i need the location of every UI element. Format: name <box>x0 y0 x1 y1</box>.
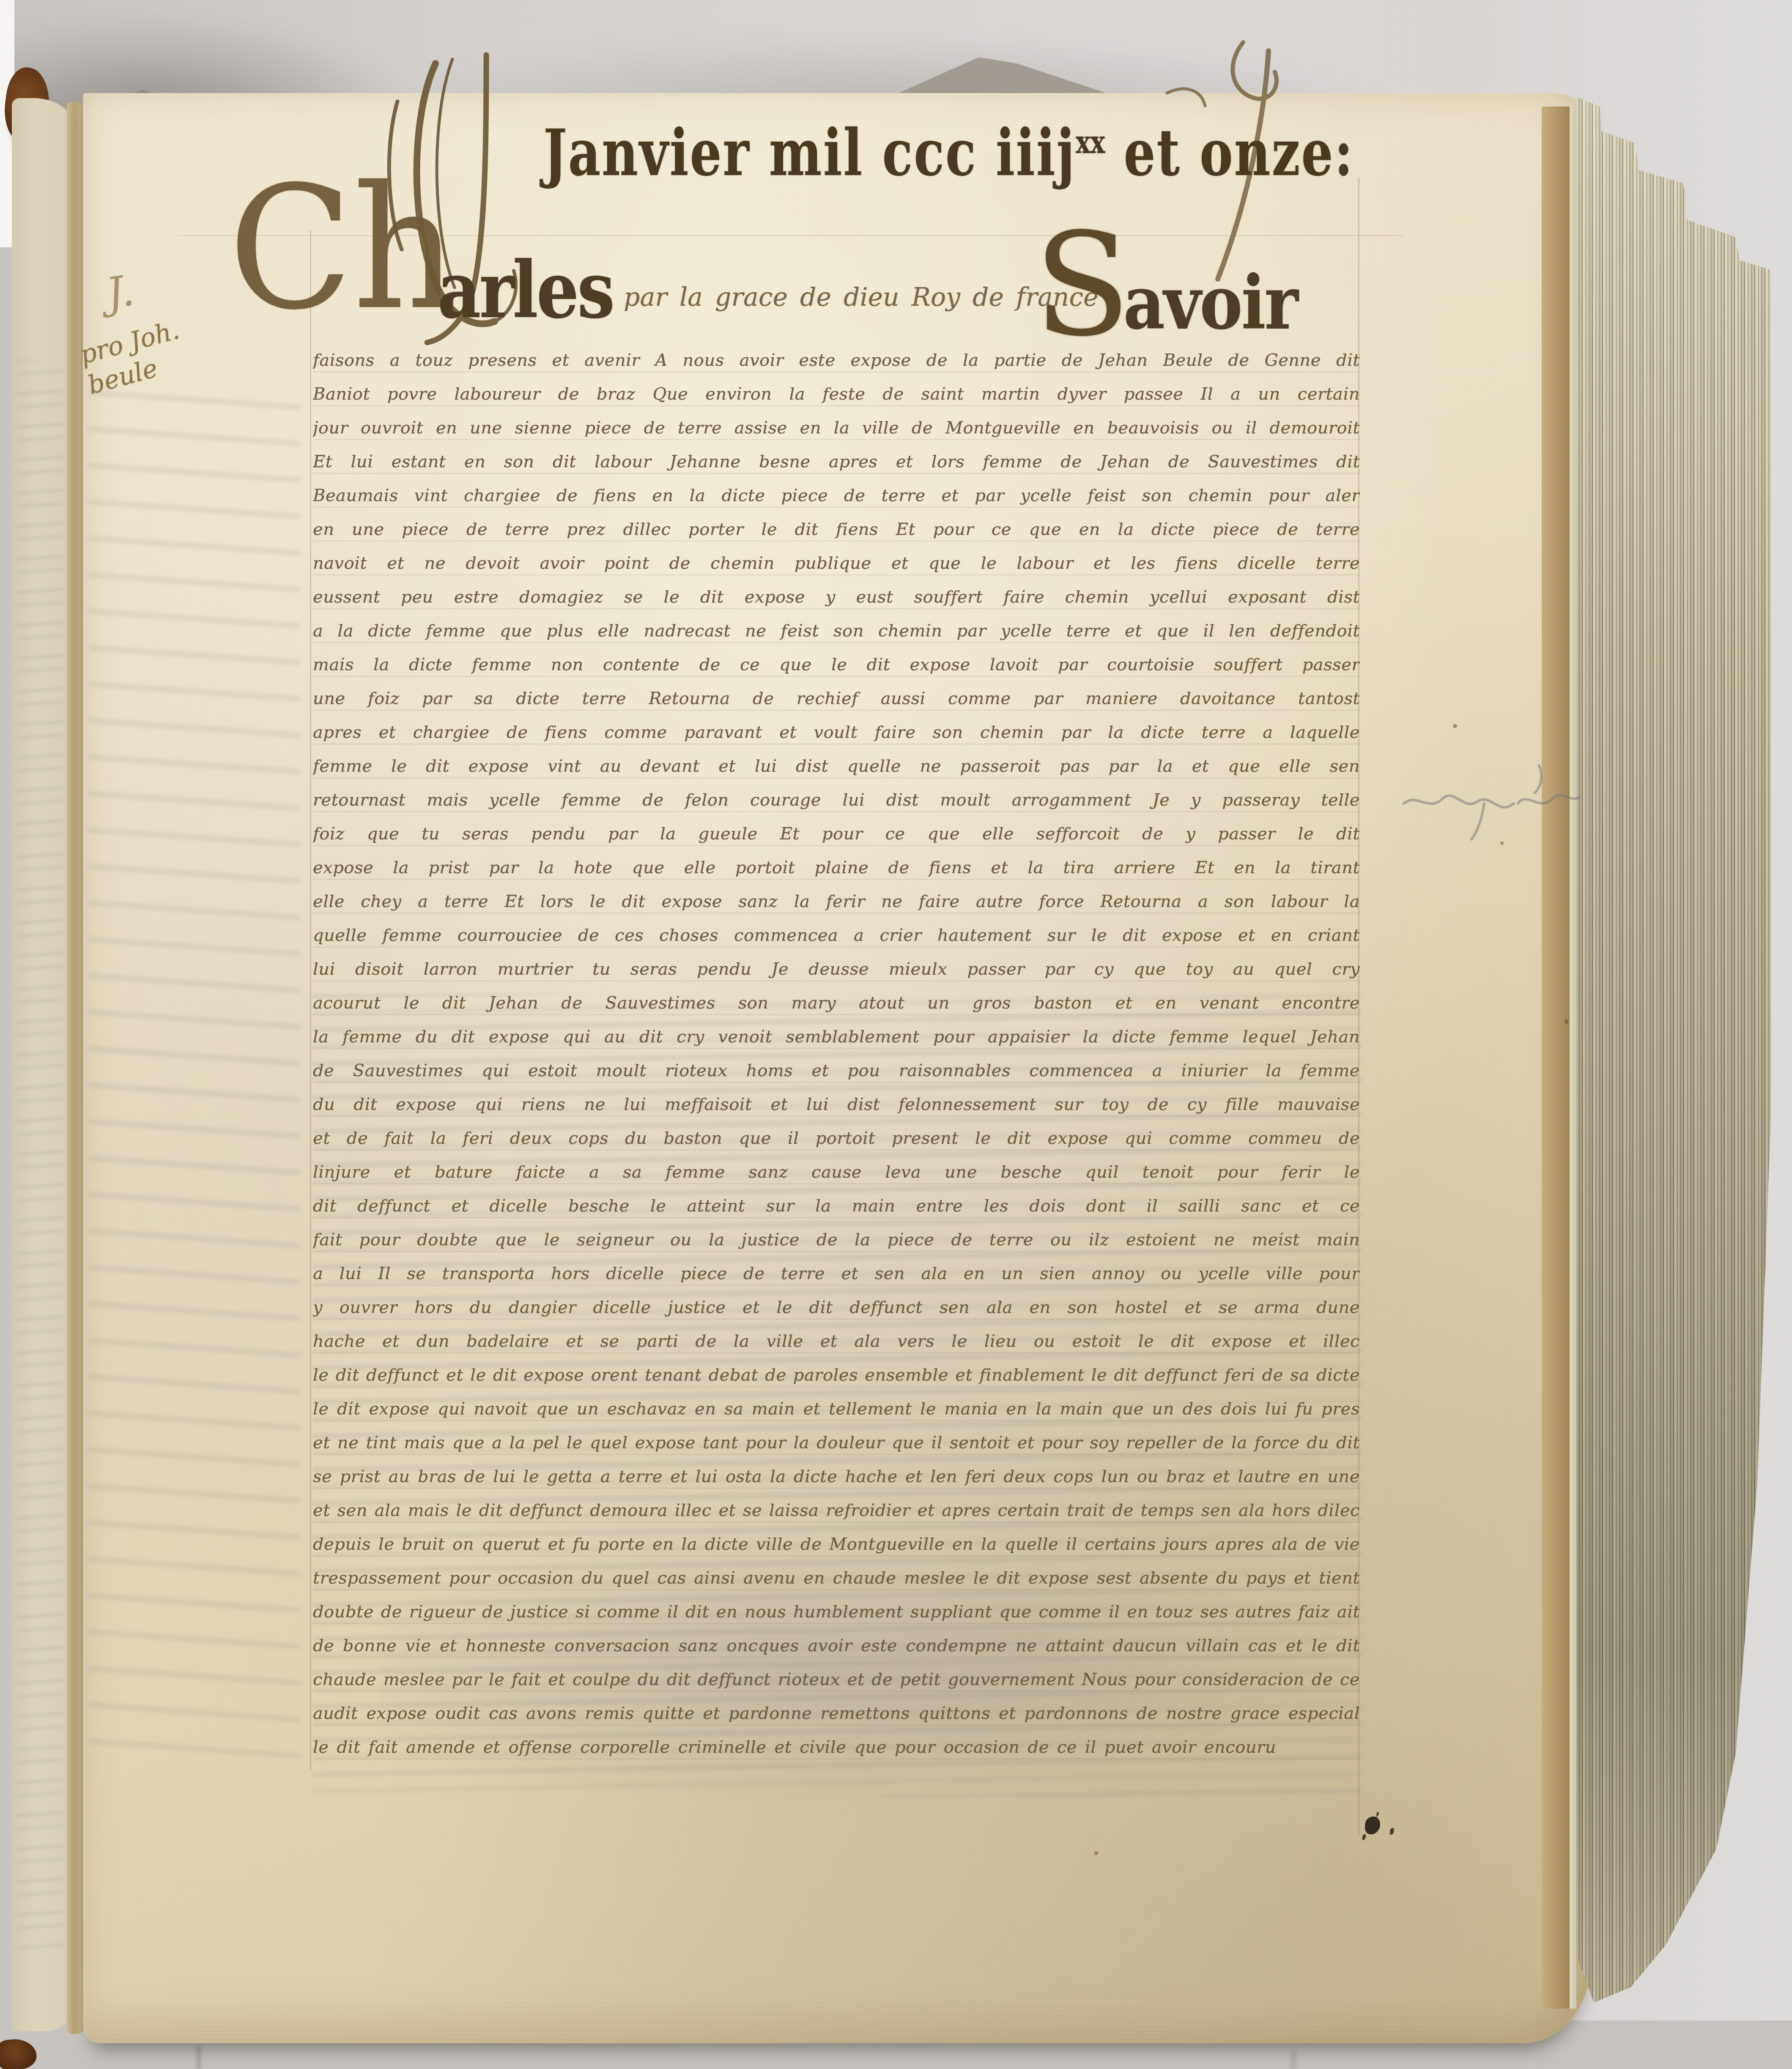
body-line: dit deffunct et dicelle besche le attein… <box>313 1189 1360 1223</box>
body-line: depuis le bruit on querut et fu porte en… <box>313 1527 1360 1561</box>
body-line: audit expose oudit cas avons remis quitt… <box>313 1696 1360 1730</box>
body-text-block: faisons a touz presens et avenir A nous … <box>313 343 1360 1764</box>
savoir-word: Savoir <box>1034 215 1305 356</box>
header-date-pre: Janvier mil ccc iiij <box>543 115 1076 190</box>
body-line: linjure et bature faicte a sa femme sanz… <box>313 1155 1360 1189</box>
body-line: lui disoit larron murtrier tu seras pend… <box>313 952 1360 986</box>
body-line: et sen ala mais le dit deffunct demoura … <box>313 1494 1360 1527</box>
header-date-superscript: xx <box>1076 124 1105 161</box>
body-line: une foiz par sa dicte terre Retourna de … <box>313 682 1360 715</box>
body-line: a la dicte femme que plus elle nadrecast… <box>313 614 1360 648</box>
body-line: Beaumais vint chargiee de fiens en la di… <box>313 479 1360 512</box>
foxing-speck <box>1094 1851 1098 1855</box>
initial-word-tail: arles <box>438 252 613 329</box>
body-line: eussent peu estre domagiez se le dit exp… <box>313 580 1360 614</box>
body-line: retournast mais ycelle femme de felon co… <box>313 783 1360 817</box>
cast-shadow <box>196 2046 201 2069</box>
body-line: du dit expose qui riens ne lui meffaisoi… <box>313 1088 1360 1121</box>
body-line: faisons a touz presens et avenir A nous … <box>313 343 1360 377</box>
body-line: femme le dit expose vint au devant et lu… <box>313 749 1360 783</box>
manuscript-photo: Janvier mil ccc iiijxx et onze: Ch arles… <box>0 0 1792 2069</box>
body-line: mais la dicte femme non contente de ce q… <box>313 648 1360 682</box>
fore-edge-highlight <box>1570 105 1576 2009</box>
verso-page-edge <box>12 98 72 2031</box>
body-line: le dit expose qui navoit que un eschavaz… <box>313 1392 1360 1426</box>
foxing-speck <box>1500 841 1504 845</box>
body-line: doubte de rigueur de justice si comme il… <box>313 1595 1360 1629</box>
body-line: expose la prist par la hote que elle por… <box>313 851 1360 885</box>
cast-shadow <box>1291 2051 1296 2069</box>
foxing-speck <box>1565 1019 1568 1024</box>
savoir-word-tail: avoir <box>1123 259 1297 346</box>
body-line: trespassement pour occasion du quel cas … <box>313 1561 1360 1595</box>
body-line: et ne tint mais que a la pel le quel exp… <box>313 1426 1360 1460</box>
body-line: navoit et ne devoit avoir point de chemi… <box>313 546 1360 580</box>
body-line: de Sauvestimes qui estoit moult rioteux … <box>313 1054 1360 1088</box>
body-line: elle chey a terre Et lors le dit expose … <box>313 885 1360 918</box>
header-date-line: Janvier mil ccc iiijxx et onze: <box>543 115 1354 190</box>
foxing-speck <box>1453 724 1457 728</box>
body-line: et de fait la feri deux cops du baston q… <box>313 1121 1360 1155</box>
body-line: a lui Il se transporta hors dicelle piec… <box>313 1257 1360 1291</box>
body-line: chaude meslee par le fait et coulpe du d… <box>313 1663 1360 1696</box>
body-line: le dit fait amende et offense corporelle… <box>313 1730 1276 1764</box>
offset-ink-scribble <box>1400 753 1586 846</box>
body-line: la femme du dit expose qui au dit cry ve… <box>313 1020 1360 1054</box>
body-line: acourut le dit Jehan de Sauvestimes son … <box>313 986 1360 1020</box>
royal-style-formula: par la grace de dieu Roy de france <box>624 282 1099 312</box>
body-line: apres et chargiee de fiens comme paravan… <box>313 715 1360 749</box>
body-line: se prist au bras de lui le getta a terre… <box>313 1460 1360 1494</box>
body-line: foiz que tu seras pendu par la gueule Et… <box>313 817 1360 851</box>
body-line: en une piece de terre prez dillec porter… <box>313 512 1360 546</box>
body-line: Baniot povre laboureur de braz Que envir… <box>313 377 1360 411</box>
body-line: Et lui estant en son dit labour Jehanne … <box>313 445 1360 479</box>
body-line: fait pour doubte que le seigneur ou la j… <box>313 1223 1360 1257</box>
body-line: jour ouvroit en une sienne piece de terr… <box>313 411 1360 445</box>
decorated-initial-ch: Ch <box>228 164 458 333</box>
header-date-post: et onze: <box>1105 115 1354 190</box>
body-line: de bonne vie et honneste conversacion sa… <box>313 1629 1360 1663</box>
body-line: quelle femme courrouciee de ces choses c… <box>313 918 1360 952</box>
verso-showthrough-text <box>17 360 63 1950</box>
gutter-fold <box>67 102 84 2034</box>
ruled-margin-line-left <box>310 230 311 1770</box>
fore-edge-strip <box>1542 107 1570 2009</box>
body-line: le dit deffunct et le dit expose orent t… <box>313 1358 1360 1392</box>
body-line: y ouvrer hors du dangier dicelle justice… <box>313 1291 1360 1324</box>
body-line: hache et dun badelaire et se parti de la… <box>313 1324 1360 1358</box>
